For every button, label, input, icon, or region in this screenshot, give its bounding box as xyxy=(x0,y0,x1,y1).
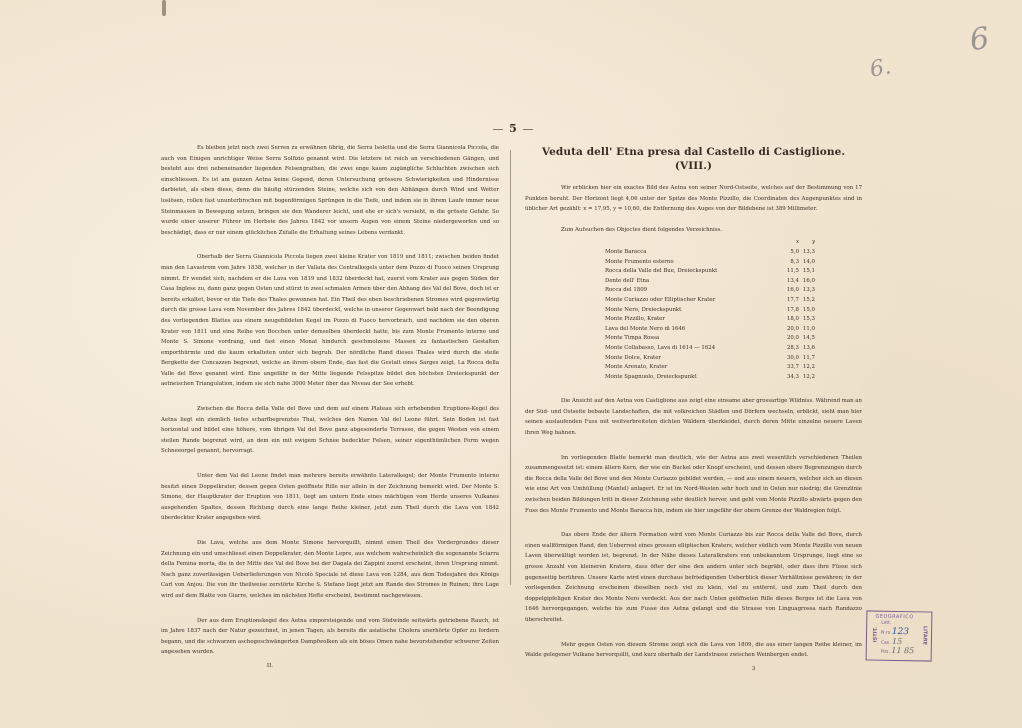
header-name xyxy=(605,238,783,248)
table-row: Rocca della Valle del Bue, Dreieckspunkt… xyxy=(605,267,815,277)
x-value: 8,3 xyxy=(783,258,799,268)
object-name: Rocca del 1809 xyxy=(605,286,783,296)
object-name: Monte Timpa Rossa xyxy=(605,334,783,344)
x-value: 5,0 xyxy=(783,248,799,258)
left-column: Es bleiben jetzt noch zwei Serren zu erw… xyxy=(161,143,499,672)
object-name: Monte Nero, Dreieckspunkt xyxy=(605,306,783,316)
object-name: Monte Pizzillo, Krater xyxy=(605,315,783,325)
object-name: Rocca della Valle del Bue, Dreieckspunkt xyxy=(605,267,783,277)
paragraph: Mehr gegen Osten von diesem Strome zeigt… xyxy=(525,640,862,661)
object-name: Monte Arenato, Krater xyxy=(605,363,783,373)
table-row: Monte Pizzillo, Krater18,015,3 xyxy=(605,315,815,325)
stamp-label: Lett. xyxy=(881,621,891,626)
paragraph: Der aus dem Eruptionskegel des Aetna emp… xyxy=(161,616,499,658)
x-value: 17,8 xyxy=(783,306,799,316)
y-value: 15,3 xyxy=(799,315,815,325)
signature-mark: II. xyxy=(41,661,499,672)
table-header-row: x y xyxy=(605,238,815,248)
paragraph: Es bleiben jetzt noch zwei Serren zu erw… xyxy=(161,143,499,238)
stamp-row-4: Pos. 11 85 xyxy=(881,646,915,656)
x-value: 13,4 xyxy=(783,277,799,287)
y-value: 13,3 xyxy=(799,248,815,258)
object-name: Monte Frumento esterno xyxy=(605,258,783,268)
object-name: Lava del Monte Nero di 1646 xyxy=(605,325,783,335)
y-value: 16,0 xyxy=(799,277,815,287)
header-y: y xyxy=(799,238,815,248)
table-row: Lava del Monte Nero di 164620,011,0 xyxy=(605,325,815,335)
paragraph: Unter dem Val del Leone findet man mehre… xyxy=(161,471,499,524)
table-row: Monte Curiazzo oder Elliptischer Krater1… xyxy=(605,296,815,306)
paragraph: Die Lava, welche aus dem Monte Simone he… xyxy=(161,538,499,602)
right-column: Veduta dell' Etna presa dal Castello di … xyxy=(525,143,862,674)
objects-table: x y Monte Baracca5,013,3 Monte Frumento … xyxy=(605,238,815,382)
y-value: 11,0 xyxy=(799,325,815,335)
y-value: 12,2 xyxy=(799,363,815,373)
table-row: Monte Collabasso, Lava di 1614 — 162428,… xyxy=(605,344,815,354)
object-name: Monte Collabasso, Lava di 1614 — 1624 xyxy=(605,344,783,354)
object-name: Monte Dolce, Krater xyxy=(605,354,783,364)
stamp-handwritten-value: 123 xyxy=(892,627,909,637)
x-value: 34,3 xyxy=(783,373,799,383)
table-row: Monte Baracca5,013,3 xyxy=(605,248,815,258)
dash-right xyxy=(523,129,533,130)
stamp-row-3: Cas. 15 xyxy=(881,637,902,646)
stamp-right-text: LITARE xyxy=(921,626,927,645)
table-row: Monte Spagnuolo, Dreieckspunkt34,312,2 xyxy=(605,373,815,383)
intro-paragraph: Wir erblicken hier ein exactes Bild des … xyxy=(525,183,862,215)
dash-left xyxy=(493,129,503,130)
x-value: 11,5 xyxy=(783,267,799,277)
library-stamp: GEOGRAFICO ISTIT. LITARE Lett. N.ro 123 … xyxy=(866,610,933,661)
x-value: 28,3 xyxy=(783,344,799,354)
stamp-left-text: ISTIT. xyxy=(873,627,879,642)
table-row: Rocca del 180916,013,3 xyxy=(605,286,815,296)
x-value: 18,0 xyxy=(783,315,799,325)
list-intro: Zum Aufsuchen des Objectes dient folgend… xyxy=(525,225,862,236)
y-value: 11,7 xyxy=(799,354,815,364)
stamp-row-1: Lett. xyxy=(881,621,891,626)
page-number-value: 5 xyxy=(509,122,517,135)
x-value: 16,0 xyxy=(783,286,799,296)
table-row: Monte Arenato, Krater33,712,2 xyxy=(605,363,815,373)
y-value: 15,1 xyxy=(799,267,815,277)
stamp-handwritten-value: 11 85 xyxy=(891,646,914,655)
section-title: Veduta dell' Etna presa dal Castello di … xyxy=(525,145,862,173)
stamp-label: Pos. xyxy=(881,650,890,655)
object-name: Monte Baracca xyxy=(605,248,783,258)
stamp-label: N.ro xyxy=(881,631,890,636)
y-value: 14,0 xyxy=(799,258,815,268)
stamp-handwritten-value: 15 xyxy=(892,637,902,646)
table-row: Dente dell' Etna13,416,0 xyxy=(605,277,815,287)
paragraph: Die Ansicht auf den Aetna von Castiglion… xyxy=(525,396,862,438)
object-name: Dente dell' Etna xyxy=(605,277,783,287)
x-value: 30,0 xyxy=(783,354,799,364)
paragraph: Im vorliegenden Blatte bemerkt man deutl… xyxy=(525,453,862,517)
y-value: 14,5 xyxy=(799,334,815,344)
paragraph: Oberhalb der Serra Giannicola Piccola li… xyxy=(161,252,499,390)
stamp-top-text: GEOGRAFICO xyxy=(875,614,913,621)
x-value: 20,0 xyxy=(783,325,799,335)
paragraph: Zwischen die Rocca della Valle del Bove … xyxy=(161,404,499,457)
x-value: 17,7 xyxy=(783,296,799,306)
y-value: 15,2 xyxy=(799,296,815,306)
y-value: 12,2 xyxy=(799,373,815,383)
pencil-page-mark-secondary: 6. xyxy=(868,54,893,82)
x-value: 33,7 xyxy=(783,363,799,373)
stamp-row-2: N.ro 123 xyxy=(881,627,909,637)
ink-spot xyxy=(162,0,166,16)
page-number: 5 xyxy=(468,122,558,135)
x-value: 20,0 xyxy=(783,334,799,344)
table-row: Monte Timpa Rossa20,014,5 xyxy=(605,334,815,344)
signature-mark: 3 xyxy=(645,664,862,675)
object-name: Monte Spagnuolo, Dreieckspunkt xyxy=(605,373,783,383)
header-x: x xyxy=(783,238,799,248)
y-value: 13,6 xyxy=(799,344,815,354)
table-row: Monte Nero, Dreieckspunkt17,815,0 xyxy=(605,306,815,316)
table-row: Monte Frumento esterno8,314,0 xyxy=(605,258,815,268)
paragraph: Das obere Ende der ältern Formation wird… xyxy=(525,530,862,625)
object-name: Monte Curiazzo oder Elliptischer Krater xyxy=(605,296,783,306)
y-value: 13,3 xyxy=(799,286,815,296)
table-row: Monte Dolce, Krater30,011,7 xyxy=(605,354,815,364)
column-divider xyxy=(510,150,511,585)
y-value: 15,0 xyxy=(799,306,815,316)
